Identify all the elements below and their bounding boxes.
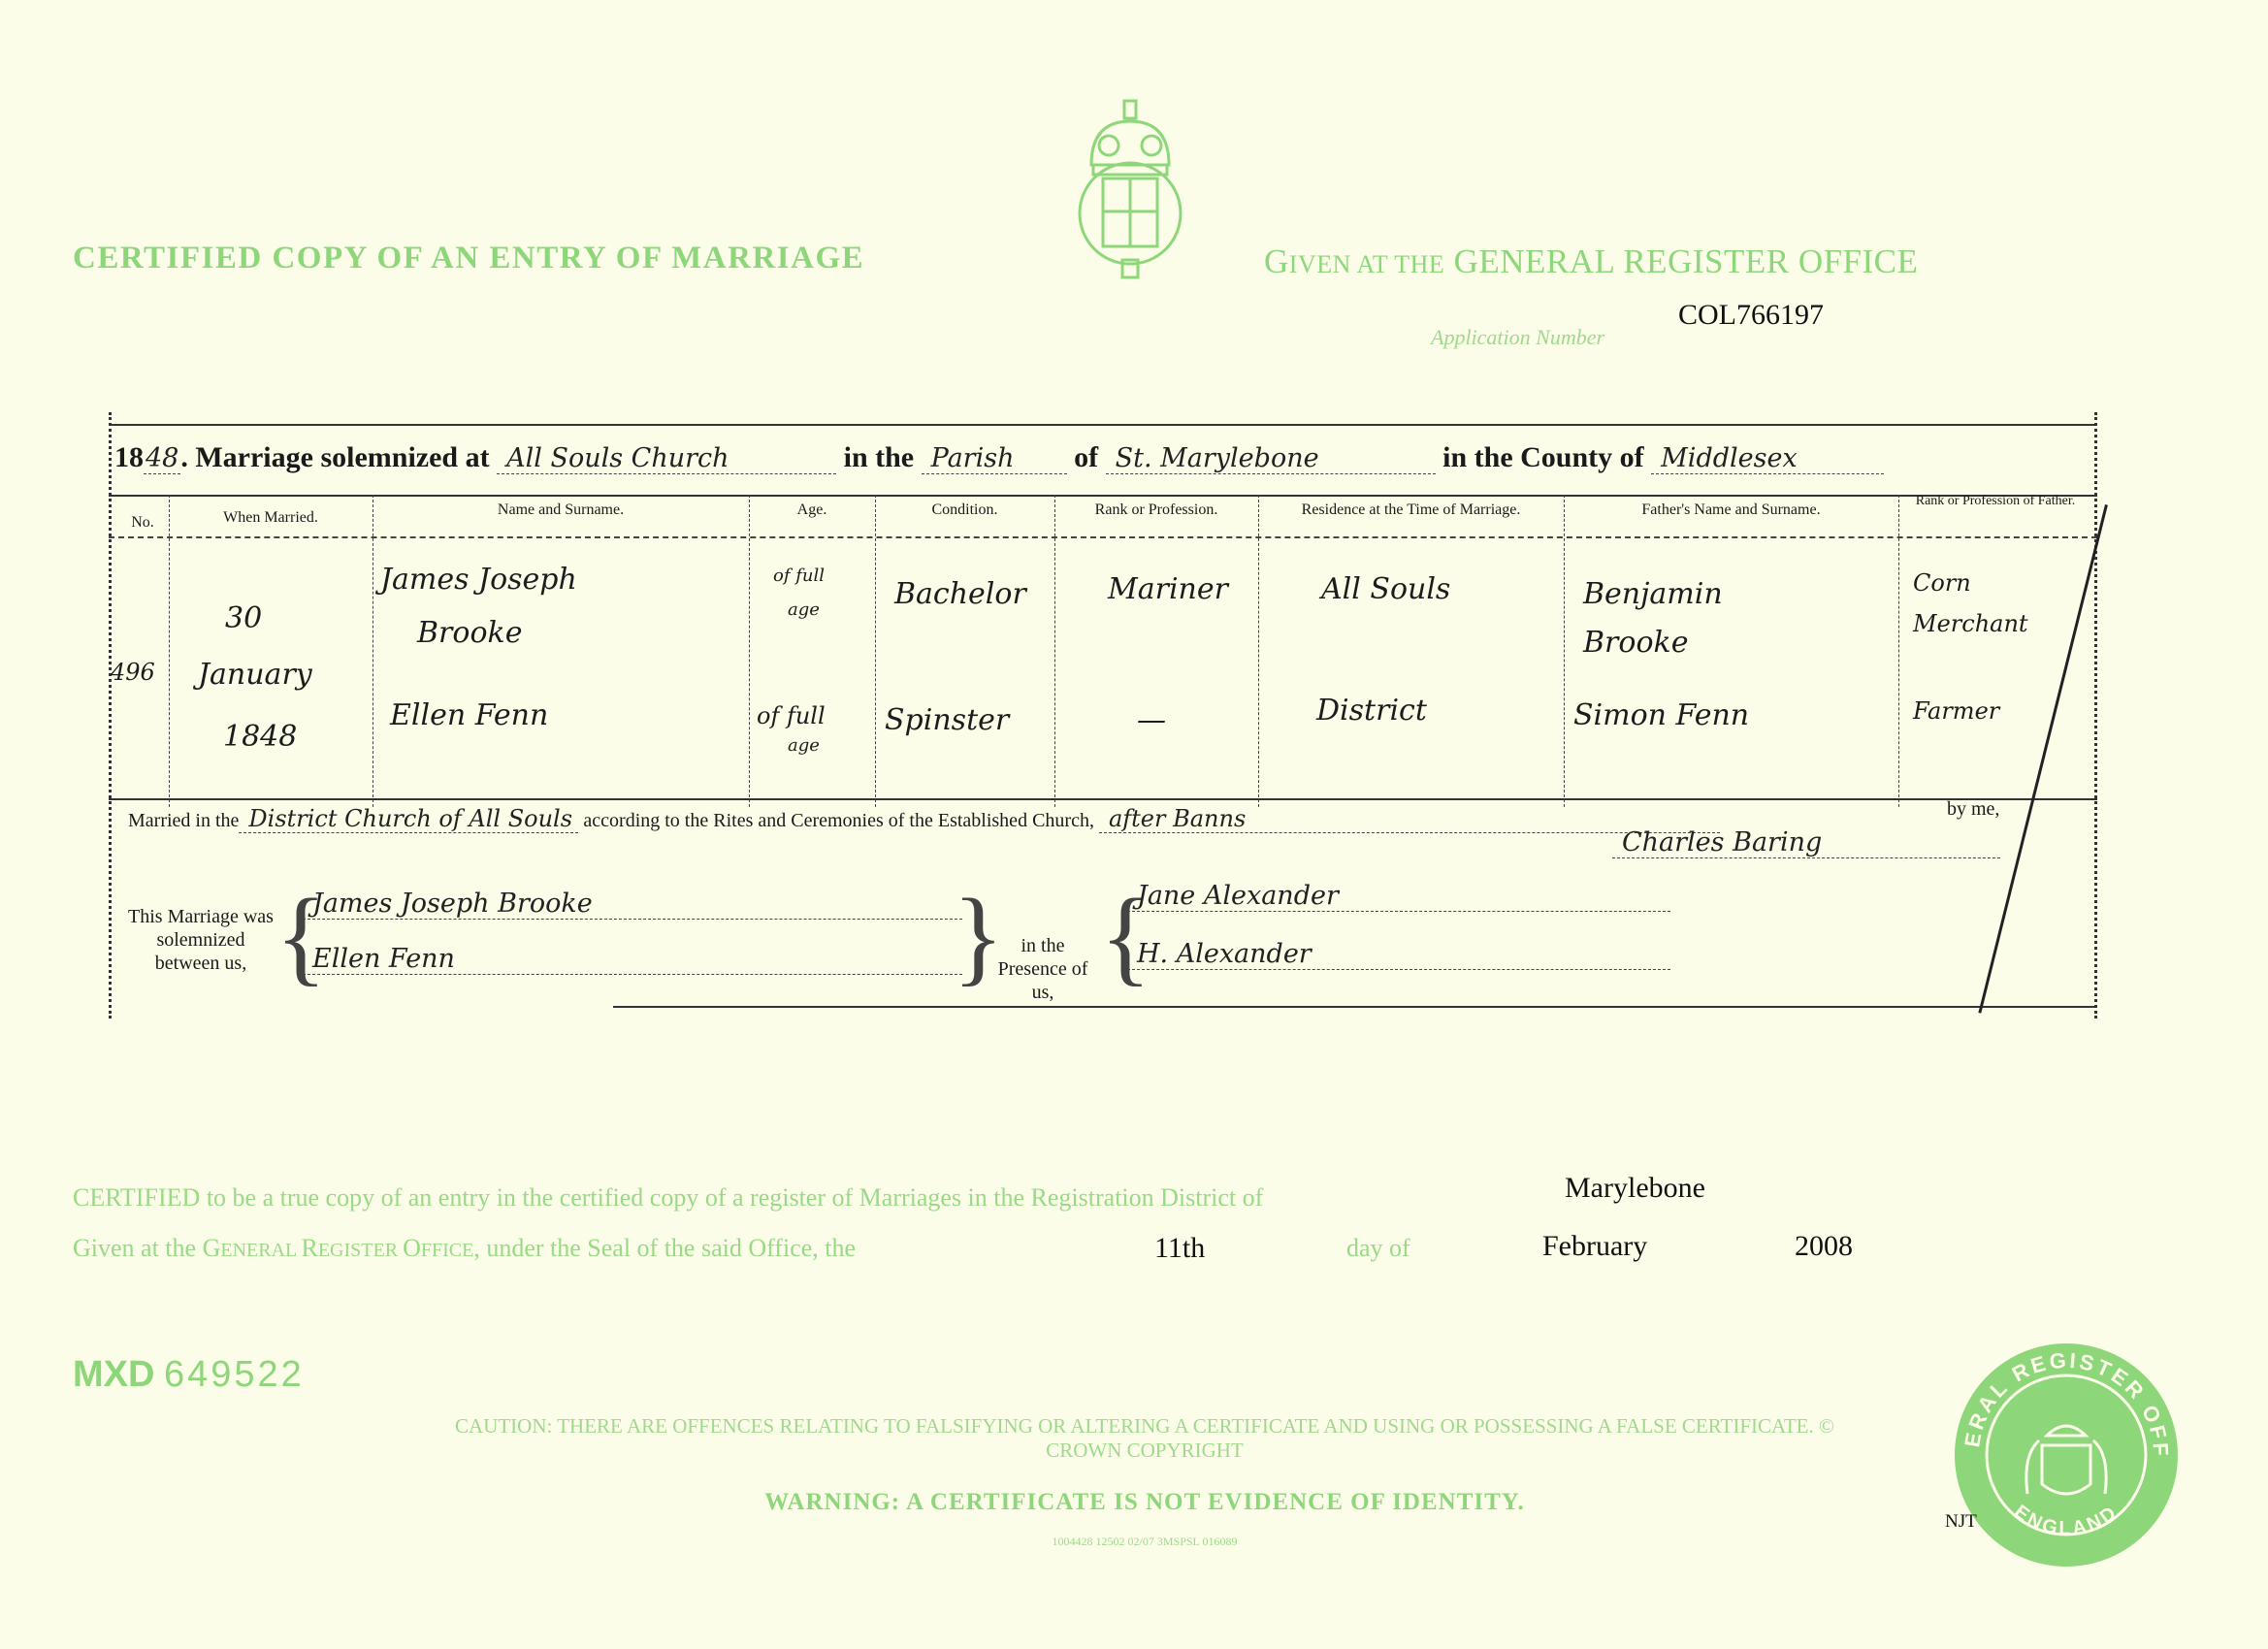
issued-under-seal-statement: Given at the GENERAL REGISTER OFFICE, un… — [73, 1234, 856, 1263]
witness-1-signature: Jane Alexander — [1127, 881, 1670, 912]
issue-year: 2008 — [1795, 1230, 1853, 1263]
groom-signature: James Joseph Brooke — [303, 889, 962, 920]
church-name: All Souls Church — [497, 443, 836, 474]
officiant-signature: Charles Baring — [1612, 827, 2000, 858]
certification-statement: CERTIFIED to be a true copy of an entry … — [73, 1183, 1263, 1212]
certificate-title: CERTIFIED COPY OF AN ENTRY OF MARRIAGE — [73, 241, 864, 276]
col-father: Father's Name and Surname. — [1564, 501, 1898, 519]
register-entry: 1848. Marriage solemnized at All Souls C… — [109, 412, 2097, 1018]
issuing-office: GIVEN AT THE GENERAL REGISTER OFFICE — [1264, 242, 1918, 281]
issue-month: February — [1542, 1230, 1647, 1263]
col-no: No. — [118, 514, 167, 532]
certificate-serial: MXD 649522 — [73, 1353, 305, 1396]
county-name: Middlesex — [1651, 443, 1884, 474]
col-name: Name and Surname. — [373, 501, 749, 519]
col-when-married: When Married. — [169, 509, 373, 527]
bride-signature: Ellen Fenn — [303, 944, 962, 975]
col-rank: Rank or Profession. — [1054, 501, 1258, 519]
entry-number: 496 — [111, 655, 155, 691]
married-in-line: Married in theDistrict Church of All Sou… — [128, 805, 1720, 833]
between-us-label: This Marriage was solemnized between us, — [123, 905, 278, 975]
col-residence: Residence at the Time of Marriage. — [1258, 501, 1564, 519]
application-number: COL766197 — [1678, 299, 1824, 332]
issue-day: 11th — [1154, 1232, 1205, 1265]
col-father-rank: Rank or Profession of Father. — [1898, 494, 2092, 510]
application-number-label: Application Number — [1431, 325, 1604, 350]
presence-label: in the Presence of us, — [989, 934, 1096, 1004]
parish-name: St. Marylebone — [1106, 443, 1436, 474]
gro-seal-icon: GENERAL REGISTER OFFICE ENGLAND — [1950, 1339, 2183, 1571]
col-age: Age. — [749, 501, 875, 519]
witness-2-signature: H. Alexander — [1127, 939, 1670, 970]
registrar-initials: NJT — [1945, 1511, 1977, 1533]
royal-crest-icon — [1072, 97, 1188, 281]
register-headline: 1848. Marriage solemnized at All Souls C… — [114, 441, 1884, 474]
registration-district: Marylebone — [1565, 1172, 1705, 1205]
identity-warning: WARNING: A CERTIFICATE IS NOT EVIDENCE O… — [427, 1489, 1863, 1516]
print-code: 1004428 12502 02/07 3MSPSL 016089 — [427, 1535, 1863, 1549]
col-condition: Condition. — [875, 501, 1054, 519]
caution-notice: CAUTION: THERE ARE OFFENCES RELATING TO … — [427, 1414, 1863, 1463]
